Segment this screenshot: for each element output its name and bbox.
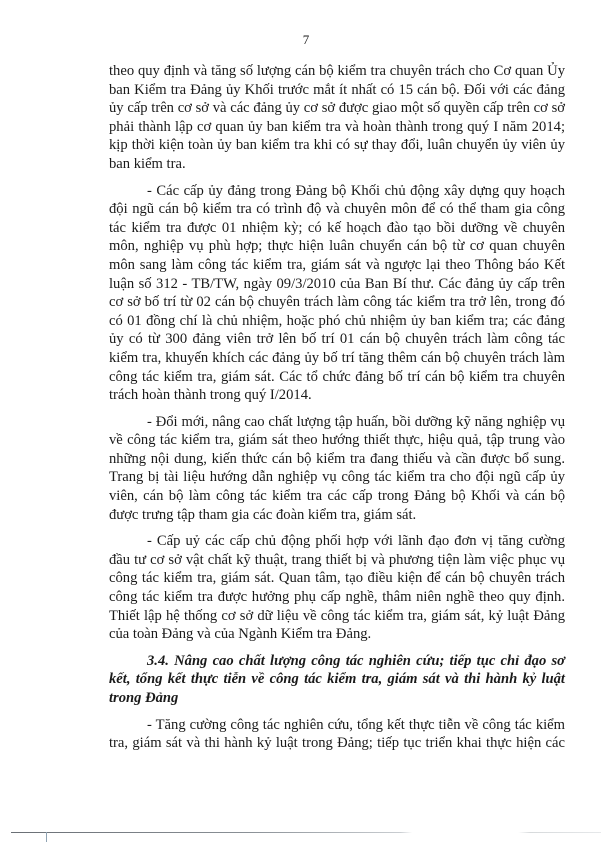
text-line: đội ngũ cán bộ kiểm tra có trình độ và c… (109, 200, 565, 219)
paragraph-investment: - Cấp uỷ các cấp chủ động phối hợp với l… (109, 532, 565, 644)
text-line: cơ sở bố trí từ 02 cán bộ chuyên trách l… (109, 293, 565, 312)
paragraph-spacer (109, 405, 565, 413)
text-line: Thiết lập hệ thống cơ sở dữ liệu về công… (109, 607, 565, 626)
text-line: những nội dung, kiến thức cán bộ kiểm tr… (109, 450, 565, 469)
text-line: công tác kiểm tra, giám sát. Các tổ chức… (109, 368, 565, 387)
text-line: theo quy định và tăng số lượng cán bộ ki… (109, 62, 565, 81)
text-line: môn, nghiệp vụ phù hợp; thực hiện luân c… (109, 237, 565, 256)
text-line: đầu tư cơ sở vật chất kỹ thuật, trang th… (109, 551, 565, 570)
text-line: có 01 đồng chí là chủ nhiệm, hoặc phó ch… (109, 312, 565, 331)
page-number: 7 (0, 32, 612, 48)
paragraph-research: - Tăng cường công tác nghiên cứu, tổng k… (109, 716, 565, 753)
heading-line: 3.4. Nâng cao chất lượng công tác nghiên… (109, 652, 565, 671)
text-line: được trưng tập tham gia các đoàn kiểm tr… (109, 506, 565, 525)
text-line: môn sang làm công tác kiểm tra, giám sát… (109, 256, 565, 275)
heading-line: kết, tổng kết thực tiễn về công tác kiểm… (109, 670, 565, 689)
heading-line: trong Đảng (109, 689, 565, 708)
text-line: Trang bị tài liệu hướng dẫn nghiệp vụ cô… (109, 468, 565, 487)
paragraph-spacer (109, 524, 565, 532)
text-line: - Cấp uỷ các cấp chủ động phối hợp với l… (109, 532, 565, 551)
text-line: ủy cấp trên cơ sở và các đảng ủy cơ sở đ… (109, 99, 565, 118)
paragraph-training: - Đổi mới, nâng cao chất lượng tập huấn,… (109, 413, 565, 525)
paragraph-staff-quota: theo quy định và tăng số lượng cán bộ ki… (109, 62, 565, 174)
text-line: luận số 312 - TB/TW, ngày 09/3/2010 của … (109, 275, 565, 294)
paragraph-spacer (109, 644, 565, 652)
text-line: kiểm tra, khuyến khích các đảng ủy bố tr… (109, 349, 565, 368)
document-body: theo quy định và tăng số lượng cán bộ ki… (109, 62, 565, 753)
footer-rule (11, 832, 601, 833)
paragraph-spacer (109, 174, 565, 182)
text-line: công tác kiểm tra được hưởng phụ cấp ngh… (109, 588, 565, 607)
text-line: ban Kiểm tra Đảng ủy Khối trước mắt ít n… (109, 81, 565, 100)
text-line: tác kiểm tra được 01 nhiệm kỳ; có kế hoạ… (109, 219, 565, 238)
text-line: phải thành lập cơ quan ủy ban kiểm tra v… (109, 118, 565, 137)
text-line: trách hoàn thành trong quý I/2014. (109, 386, 565, 405)
text-line: công tác kiểm tra, giám sát. Quan tâm, t… (109, 569, 565, 588)
text-line: viên, cán bộ làm công tác kiểm tra các c… (109, 487, 565, 506)
text-line: - Các cấp ủy đảng trong Đảng bộ Khối chủ… (109, 182, 565, 201)
text-line: - Tăng cường công tác nghiên cứu, tổng k… (109, 716, 565, 735)
paragraph-planning: - Các cấp ủy đảng trong Đảng bộ Khối chủ… (109, 182, 565, 405)
footer-tick-mark (46, 832, 47, 842)
text-line: kịp thời kiện toàn ủy ban kiểm tra khi c… (109, 136, 565, 155)
text-line: ban kiểm tra. (109, 155, 565, 174)
text-line: về công tác kiểm tra, giám sát theo hướn… (109, 431, 565, 450)
text-line: tra, giám sát và thi hành kỷ luật trong … (109, 734, 565, 753)
paragraph-spacer (109, 708, 565, 716)
text-line: của toàn Đảng và của Ngành Kiểm tra Đảng… (109, 625, 565, 644)
text-line: - Đổi mới, nâng cao chất lượng tập huấn,… (109, 413, 565, 432)
text-line: ủy có từ 300 đảng viên trở lên bố trí 01… (109, 330, 565, 349)
section-heading-3-4: 3.4. Nâng cao chất lượng công tác nghiên… (109, 652, 565, 708)
